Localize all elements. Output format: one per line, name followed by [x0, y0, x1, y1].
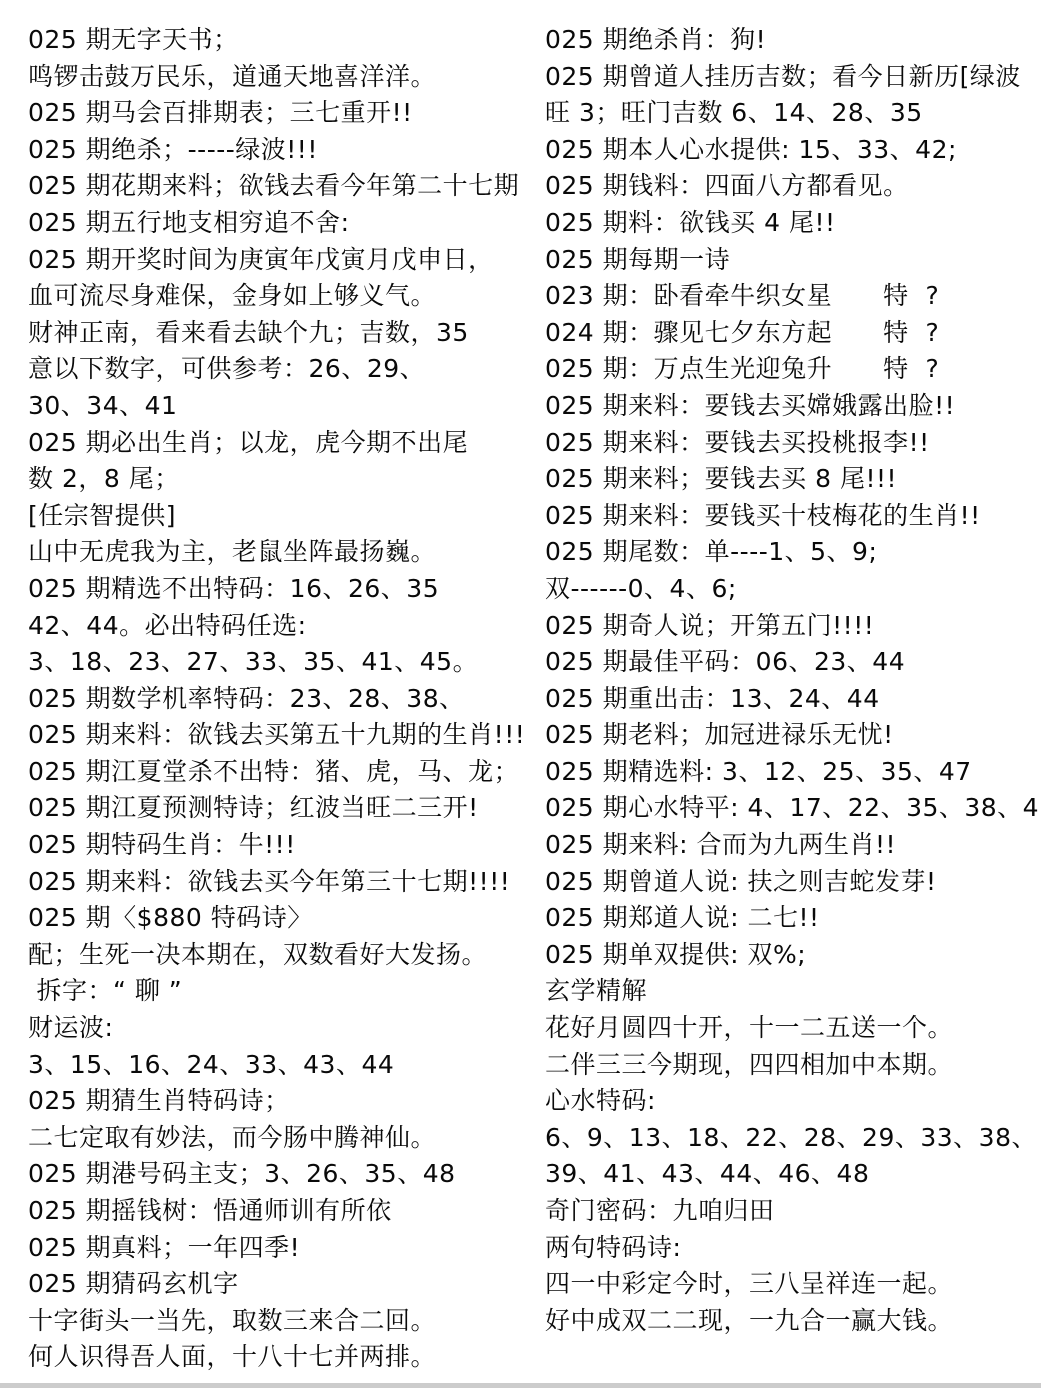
text-line: 血可流尽身难保，金身如上够义气。: [28, 278, 533, 315]
text-line: 025 期江夏堂杀不出特：猪、虎，马、龙；: [28, 754, 533, 791]
text-line: 025 期真料；一年四季!: [28, 1230, 533, 1267]
text-line: 十字街头一当先，取数三来合二回。: [28, 1303, 533, 1340]
text-line: 四一中彩定今时，三八呈祥连一起。: [545, 1266, 1041, 1303]
right-column: 025 期绝杀肖：狗!025 期曾道人挂历吉数；看今日新历[绿波旺 3；旺门吉数…: [545, 22, 1041, 1339]
text-line: 025 期必出生肖；以龙，虎今期不出尾: [28, 425, 533, 462]
text-line: 025 期曾道人说: 扶之则吉蛇发芽!: [545, 864, 1041, 901]
text-line: 玄学精解: [545, 973, 1041, 1010]
text-line: 财运波:: [28, 1010, 533, 1047]
text-line: 双------0、4、6;: [545, 571, 1041, 608]
text-line: 025 期老料；加冠进禄乐无忧!: [545, 717, 1041, 754]
text-line: 025 期奇人说；开第五门!!!!: [545, 608, 1041, 645]
text-line: 025 期马会百排期表；三七重开!!: [28, 95, 533, 132]
text-line: 鸣锣击鼓万民乐，道通天地喜洋洋。: [28, 59, 533, 96]
text-line: 025 期尾数：单----1、5、9;: [545, 534, 1041, 571]
text-line: 025 期绝杀肖：狗!: [545, 22, 1041, 59]
text-line: 数 2，8 尾；: [28, 461, 533, 498]
text-line: 023 期：卧看牵牛织女星 特 ?: [545, 278, 1041, 315]
text-line: 二七定取有妙法，而今肠中腾神仙。: [28, 1120, 533, 1157]
text-line: 025 期钱料：四面八方都看见。: [545, 168, 1041, 205]
text-line: 39、41、43、44、46、48: [545, 1156, 1041, 1193]
text-line: 025 期来料：要钱去买嫦娥露出脸!!: [545, 388, 1041, 425]
text-line: 025 期最佳平码：06、23、44: [545, 644, 1041, 681]
text-line: 025 期〈$880 特码诗〉: [28, 900, 533, 937]
text-line: 财神正南，看来看去缺个九；吉数，35: [28, 315, 533, 352]
lottery-tips-sheet: 025 期无字天书；鸣锣击鼓万民乐，道通天地喜洋洋。025 期马会百排期表；三七…: [0, 0, 1041, 1388]
text-line: 025 期来料：要钱买十枝梅花的生肖!!: [545, 498, 1041, 535]
text-line: 025 期重出击：13、24、44: [545, 681, 1041, 718]
text-line: 025 期来料：要钱去买投桃报李!!: [545, 425, 1041, 462]
text-line: 025 期每期一诗: [545, 242, 1041, 279]
text-line: 025 期猜生肖特码诗；: [28, 1083, 533, 1120]
text-line: 025 期精选料: 3、12、25、35、47: [545, 754, 1041, 791]
text-line: 30、34、41: [28, 388, 533, 425]
text-line: 42、44。必出特码任选:: [28, 608, 533, 645]
text-line: 025 期来料：欲钱去买今年第三十七期!!!!: [28, 864, 533, 901]
text-line: 025 期单双提供: 双%;: [545, 937, 1041, 974]
text-line: 3、15、16、24、33、43、44: [28, 1047, 533, 1084]
text-line: 025 期数学机率特码：23、28、38、: [28, 681, 533, 718]
text-line: 花好月圆四十开，十一二五送一个。: [545, 1010, 1041, 1047]
text-line: 025 期曾道人挂历吉数；看今日新历[绿波: [545, 59, 1041, 96]
text-line: 心水特码:: [545, 1083, 1041, 1120]
text-line: 山中无虎我为主，老鼠坐阵最扬巍。: [28, 534, 533, 571]
text-line: 二伴三三今期现，四四相加中本期。: [545, 1047, 1041, 1084]
text-line: 025 期郑道人说: 二七!!: [545, 900, 1041, 937]
text-line: 3、18、23、27、33、35、41、45。: [28, 644, 533, 681]
text-line: 025 期摇钱树：悟通师训有所依: [28, 1193, 533, 1230]
left-column: 025 期无字天书；鸣锣击鼓万民乐，道通天地喜洋洋。025 期马会百排期表；三七…: [28, 22, 533, 1376]
text-line: 025 期料：欲钱买 4 尾!!: [545, 205, 1041, 242]
text-line: 025 期本人心水提供: 15、33、42;: [545, 132, 1041, 169]
text-line: 025 期来料；要钱去买 8 尾!!!: [545, 461, 1041, 498]
text-line: 025 期来料：欲钱去买第五十九期的生肖!!!: [28, 717, 533, 754]
text-line: 好中成双二二现，一九合一赢大钱。: [545, 1303, 1041, 1340]
text-line: 025 期心水特平: 4、17、22、35、38、45。: [545, 790, 1041, 827]
text-line: 025 期猜码玄机字: [28, 1266, 533, 1303]
text-line: 025 期开奖时间为庚寅年戊寅月戊申日，: [28, 242, 533, 279]
text-line: 025 期来料: 合而为九两生肖!!: [545, 827, 1041, 864]
scan-edge-artifact: [0, 1383, 1041, 1388]
text-line: 意以下数字，可供参考：26、29、: [28, 351, 533, 388]
text-line: 6、9、13、18、22、28、29、33、38、: [545, 1120, 1041, 1157]
text-line: 025 期江夏预测特诗；红波当旺二三开!: [28, 790, 533, 827]
text-line: 025 期花期来料；欲钱去看今年第二十七期: [28, 168, 533, 205]
text-line: 旺 3；旺门吉数 6、14、28、35: [545, 95, 1041, 132]
text-line: 025 期精选不出特码：16、26、35: [28, 571, 533, 608]
text-line: 两句特码诗:: [545, 1230, 1041, 1267]
text-line: 025 期港号码主支；3、26、35、48: [28, 1156, 533, 1193]
text-line: 配；生死一决本期在，双数看好大发扬。: [28, 937, 533, 974]
text-line: 何人识得吾人面，十八十七并两排。: [28, 1339, 533, 1376]
text-line: 025 期无字天书；: [28, 22, 533, 59]
text-line: 025 期：万点生光迎兔升 特 ?: [545, 351, 1041, 388]
text-line: 奇门密码：九咱归田: [545, 1193, 1041, 1230]
text-line: 024 期：骤见七夕东方起 特 ?: [545, 315, 1041, 352]
text-line: [任宗智提供]: [28, 498, 533, 535]
text-line: 拆字：“ 聊 ”: [28, 973, 533, 1010]
text-line: 025 期五行地支相穷追不舍:: [28, 205, 533, 242]
text-line: 025 期绝杀；-----绿波!!!: [28, 132, 533, 169]
text-line: 025 期特码生肖：牛!!!: [28, 827, 533, 864]
